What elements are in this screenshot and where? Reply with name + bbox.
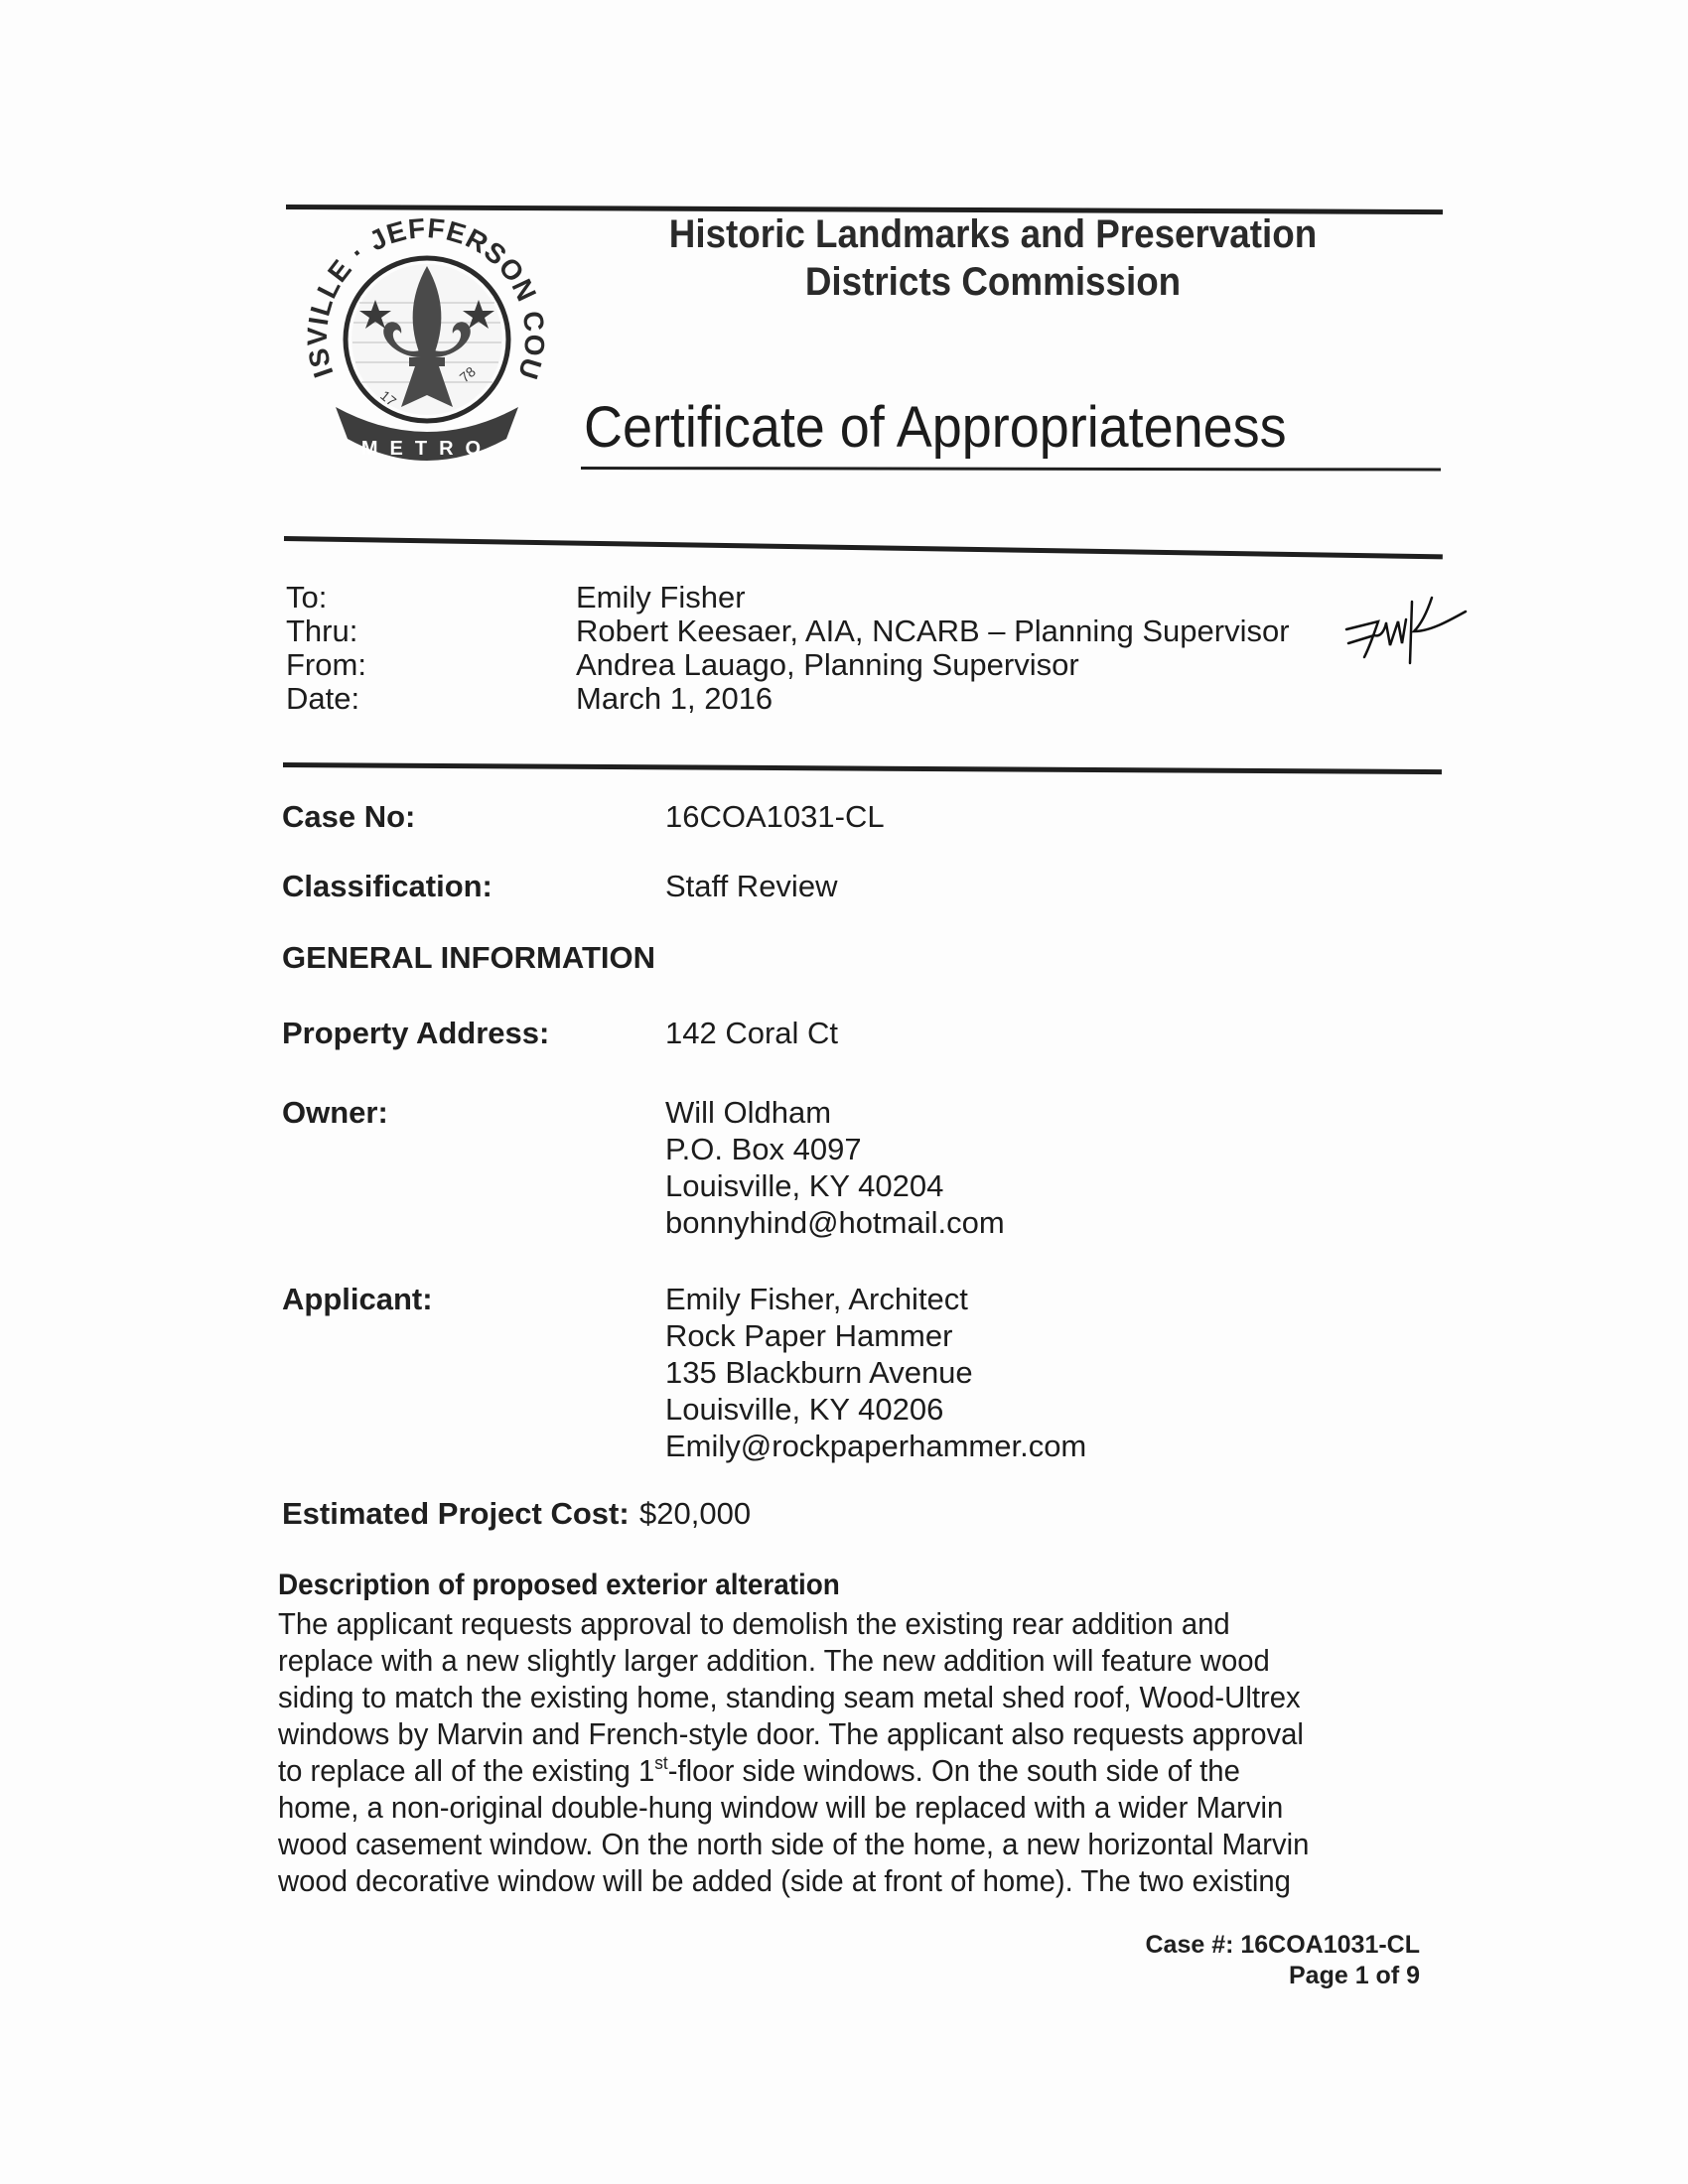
memo-bottom-rule bbox=[283, 762, 1442, 774]
owner-email: bonnyhind@hotmail.com bbox=[665, 1204, 1005, 1241]
svg-text:METRO: METRO bbox=[361, 438, 492, 460]
memo-row-thru: Thru: Robert Keesaer, AIA, NCARB – Plann… bbox=[286, 614, 1290, 648]
property-address-value: 142 Coral Ct bbox=[665, 1015, 838, 1051]
louisville-metro-seal-icon: METRO LOUISVILLE · JEFFERSON COUNTY 17 7… bbox=[298, 208, 556, 486]
header-bottom-rule bbox=[284, 536, 1443, 559]
title-underline-rule bbox=[581, 467, 1441, 472]
description-line: windows by Marvin and French-style door.… bbox=[278, 1716, 1374, 1753]
memo-row-to: To: Emily Fisher bbox=[286, 581, 1290, 614]
description-heading: Description of proposed exterior alterat… bbox=[278, 1569, 840, 1602]
estimated-cost-field: Estimated Project Cost: $20,000 bbox=[282, 1495, 751, 1532]
footer-case-reference: Case #: 16COA1031-CL bbox=[1145, 1930, 1420, 1961]
case-number-value: 16COA1031-CL bbox=[665, 798, 885, 835]
owner-address-line-2: Louisville, KY 40204 bbox=[665, 1167, 1005, 1204]
description-line: to replace all of the existing 1st-floor… bbox=[278, 1753, 1374, 1790]
classification-label: Classification: bbox=[282, 868, 665, 904]
property-address-field: Property Address: 142 Coral Ct bbox=[282, 1015, 838, 1051]
estimated-cost-label: Estimated Project Cost: bbox=[282, 1495, 639, 1532]
memo-value: Emily Fisher bbox=[576, 581, 746, 614]
applicant-name: Emily Fisher, Architect bbox=[665, 1281, 1086, 1317]
description-line: siding to match the existing home, stand… bbox=[278, 1680, 1374, 1716]
description-line: home, a non-original double-hung window … bbox=[278, 1790, 1374, 1827]
document-page: METRO LOUISVILLE · JEFFERSON COUNTY 17 7… bbox=[0, 0, 1688, 2184]
handwritten-signature-icon bbox=[1340, 592, 1470, 671]
memo-header: To: Emily Fisher Thru: Robert Keesaer, A… bbox=[286, 581, 1290, 716]
description-line: wood decorative window will be added (si… bbox=[278, 1863, 1374, 1900]
applicant-value: Emily Fisher, Architect Rock Paper Hamme… bbox=[665, 1281, 1086, 1464]
property-address-label: Property Address: bbox=[282, 1015, 665, 1051]
memo-row-from: From: Andrea Lauago, Planning Supervisor bbox=[286, 648, 1290, 682]
page-footer: Case #: 16COA1031-CL Page 1 of 9 bbox=[1145, 1930, 1420, 1991]
applicant-email: Emily@rockpaperhammer.com bbox=[665, 1428, 1086, 1464]
memo-value: Robert Keesaer, AIA, NCARB – Planning Su… bbox=[576, 614, 1290, 648]
footer-page-number: Page 1 of 9 bbox=[1145, 1961, 1420, 1991]
memo-label: Thru: bbox=[286, 614, 576, 648]
applicant-address-line-2: Louisville, KY 40206 bbox=[665, 1391, 1086, 1428]
applicant-company: Rock Paper Hammer bbox=[665, 1317, 1086, 1354]
description-line: replace with a new slightly larger addit… bbox=[278, 1643, 1374, 1680]
case-number-field: Case No: 16COA1031-CL bbox=[282, 798, 885, 835]
owner-label: Owner: bbox=[282, 1094, 665, 1241]
case-number-label: Case No: bbox=[282, 798, 665, 835]
owner-address-line-1: P.O. Box 4097 bbox=[665, 1131, 1005, 1167]
applicant-field: Applicant: Emily Fisher, Architect Rock … bbox=[282, 1281, 1086, 1464]
organization-title-line-1: Historic Landmarks and Preservation bbox=[628, 210, 1358, 258]
description-body: The applicant requests approval to demol… bbox=[278, 1606, 1420, 1900]
memo-value: Andrea Lauago, Planning Supervisor bbox=[576, 648, 1079, 682]
memo-label: From: bbox=[286, 648, 576, 682]
general-information-heading: GENERAL INFORMATION bbox=[282, 940, 655, 976]
memo-label: To: bbox=[286, 581, 576, 614]
estimated-cost-value: $20,000 bbox=[639, 1495, 751, 1532]
classification-field: Classification: Staff Review bbox=[282, 868, 837, 904]
memo-label: Date: bbox=[286, 682, 576, 716]
memo-value: March 1, 2016 bbox=[576, 682, 773, 716]
applicant-address-line-1: 135 Blackburn Avenue bbox=[665, 1354, 1086, 1391]
applicant-label: Applicant: bbox=[282, 1281, 665, 1464]
owner-value: Will Oldham P.O. Box 4097 Louisville, KY… bbox=[665, 1094, 1005, 1241]
organization-title: Historic Landmarks and Preservation Dist… bbox=[628, 210, 1358, 306]
organization-title-line-2: Districts Commission bbox=[628, 258, 1358, 306]
description-line: The applicant requests approval to demol… bbox=[278, 1606, 1374, 1643]
owner-name: Will Oldham bbox=[665, 1094, 1005, 1131]
description-line: wood casement window. On the north side … bbox=[278, 1827, 1374, 1863]
document-title: Certificate of Appropriateness bbox=[584, 395, 1287, 461]
memo-row-date: Date: March 1, 2016 bbox=[286, 682, 1290, 716]
owner-field: Owner: Will Oldham P.O. Box 4097 Louisvi… bbox=[282, 1094, 1005, 1241]
classification-value: Staff Review bbox=[665, 868, 837, 904]
